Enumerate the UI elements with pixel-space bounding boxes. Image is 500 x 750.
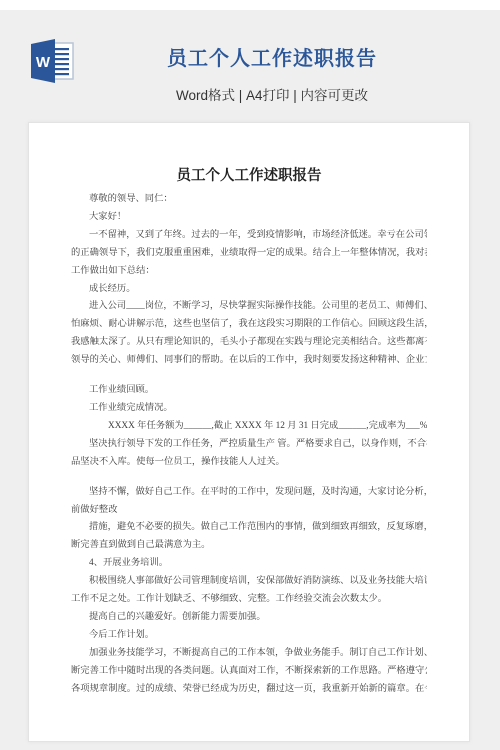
template-preview-screen: W 员工个人工作述职报告 Word格式 | A4打印 | 内容可更改 员工个人工… [0,0,500,750]
doc-line: 各项规章制度。过的成绩、荣誉已经成为历史，翻过这一页，我重新开始新的篇章。在今后 [71,681,427,699]
document-page: 员工个人工作述职报告 尊敬的领导、同仁：大家好！一不留神，又到了年终。过去的一年… [28,122,470,742]
doc-line: 尊敬的领导、同仁： [71,191,427,209]
doc-line: 今后工作计划。 [71,627,427,645]
doc-line: 工作做出如下总结： [71,263,427,281]
doc-line: 坚决执行领导下发的工作任务，严控质量生产 管。严格要求自己，以身作则，不合格产 [71,436,427,454]
doc-line: 断完善直到做到自己最满意为主。 [71,537,427,555]
top-white-strip [0,0,500,10]
doc-line: 工作不足之处。工作计划缺乏、不够细致、完整。工作经验交流会次数太少。 [71,591,427,609]
doc-line: 工作业绩完成情况。 [71,400,427,418]
doc-line: 大家好！ [71,209,427,227]
doc-line: 领导的关心、师傅们、同事们的帮助。在以后的工作中，我时刻要发扬这种精神、企业文化… [71,352,427,370]
doc-line: 措施，避免不必要的损失。做自己工作范围内的事情，做到细致再细致，反复琢磨，不 [71,519,427,537]
doc-line: 一不留神，又到了年终。过去的一年，受到疫情影响，市场经济低迷。幸亏在公司领导 [71,227,427,245]
template-title: 员工个人工作述职报告 [44,46,500,72]
doc-line: 坚持不懈，做好自己工作。在平时的工作中，发现问题，及时沟通，大家讨论分析，提 [71,484,427,502]
doc-line: 提高自己的兴趣爱好。创新能力需要加强。 [71,609,427,627]
doc-line: 我感触太深了。从只有理论知识的，毛头小子都现在实践与理论完美相结合。这些都离不开 [71,334,427,352]
doc-line: 怕麻烦、耐心讲解示范，这些也坚信了，我在这段实习期限的工作信心。回顾这段生活，让 [71,316,427,334]
doc-line: XXXX 年任务额为______,截止 XXXX 年 12 月 31 日完成__… [71,418,427,436]
doc-line: 积极围绕人事部做好公司管理制度培训，安保部做好消防演练、以及业务技能大培训。 [71,573,427,591]
doc-line: 断完善工作中随时出现的各类问题。认真面对工作，不断探索新的工作思路。严格遵守公司 [71,663,427,681]
document-title: 员工个人工作述职报告 [71,165,427,187]
doc-line: 工作业绩回顾。 [71,382,427,400]
doc-line: 的正确领导下，我们克服重重困难，业绩取得一定的成果。结合上一年整体情况，我对我的 [71,245,427,263]
doc-line: 前做好整改 [71,502,427,520]
document-body: 尊敬的领导、同仁：大家好！一不留神，又到了年终。过去的一年，受到疫情影响，市场经… [71,191,427,698]
preview-header: W 员工个人工作述职报告 Word格式 | A4打印 | 内容可更改 [0,0,500,122]
doc-line: 4、开展业务培训。 [71,555,427,573]
doc-line: 成长经历。 [71,281,427,299]
doc-line: 品坚决不入库。使每一位员工，操作技能人人过关。 [71,454,427,472]
template-subtitle: Word格式 | A4打印 | 内容可更改 [44,87,500,105]
doc-line: 加强业务技能学习，不断提高自己的工作本领，争做业务能手。制订自己工作计划、不 [71,645,427,663]
doc-line: 进入公司____岗位，不断学习，尽快掌握实际操作技能。公司里的老员工、师傅们、不 [71,298,427,316]
